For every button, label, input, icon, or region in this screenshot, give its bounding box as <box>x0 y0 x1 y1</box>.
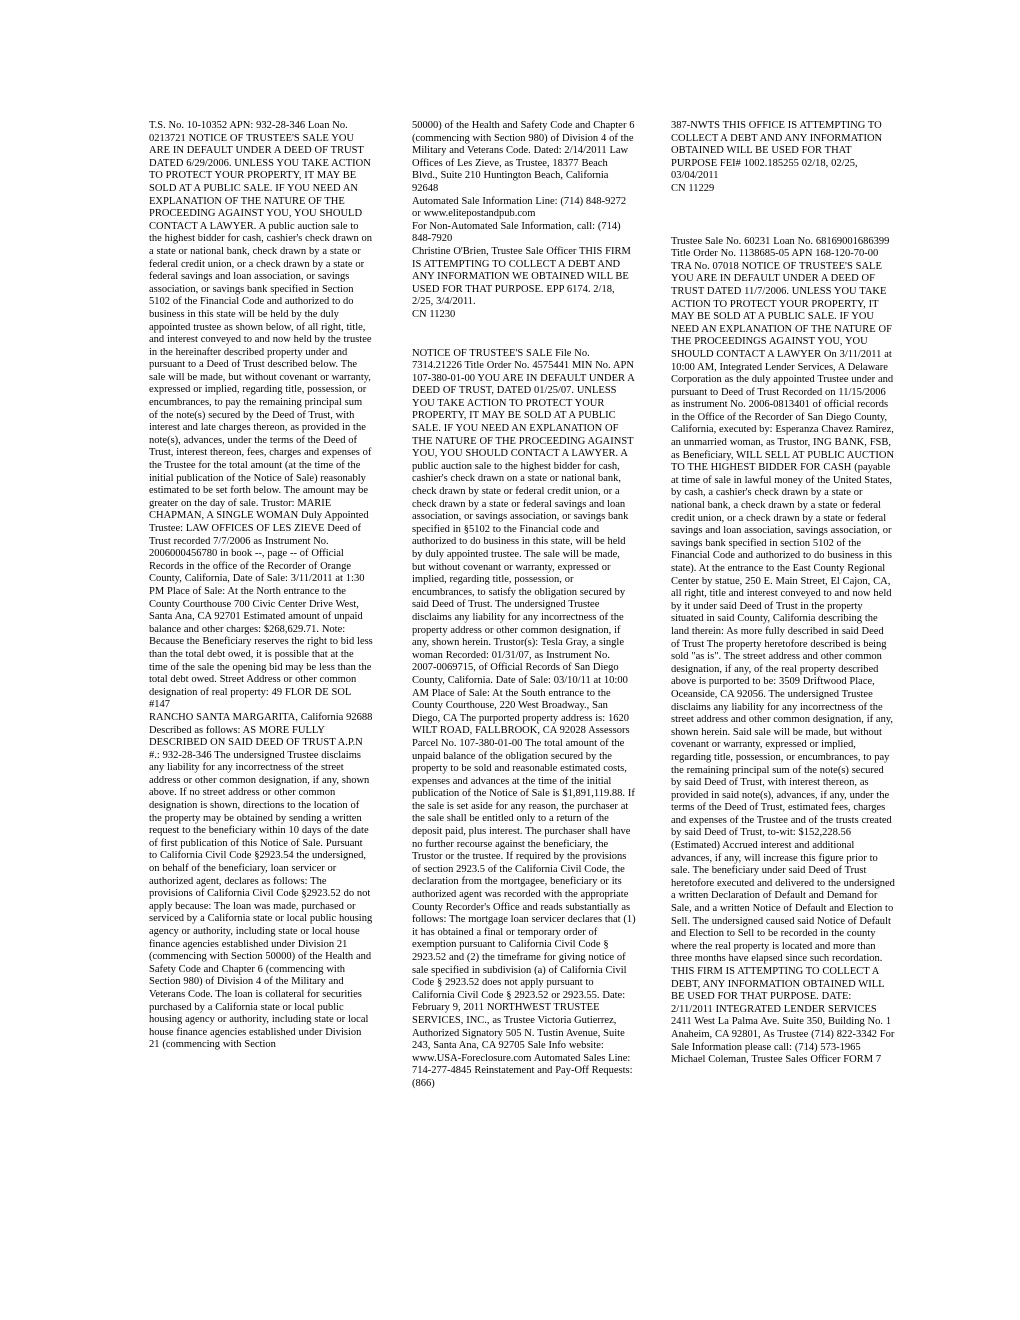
notice-column-3: 387-NWTS THIS OFFICE IS ATTEMPTING TO CO… <box>671 120 895 1067</box>
notice-column-2: 50000) of the Health and Safety Code and… <box>412 120 636 1091</box>
notice-text-gray-trustee-sale: NOTICE OF TRUSTEE'S SALE File No. 7314.2… <box>412 348 636 1091</box>
legal-notice-page: T.S. No. 10-10352 APN: 932-28-346 Loan N… <box>0 0 1020 1320</box>
notice-text-chapman-trustee-sale: T.S. No. 10-10352 APN: 932-28-346 Loan N… <box>149 120 373 1052</box>
notice-column-1: T.S. No. 10-10352 APN: 932-28-346 Loan N… <box>149 120 373 1052</box>
notice-text-ramirez-trustee-sale: Trustee Sale No. 60231 Loan No. 68169001… <box>671 236 895 1067</box>
notice-text-chapman-continuation: 50000) of the Health and Safety Code and… <box>412 120 636 322</box>
notice-text-gray-continuation: 387-NWTS THIS OFFICE IS ATTEMPTING TO CO… <box>671 120 895 196</box>
